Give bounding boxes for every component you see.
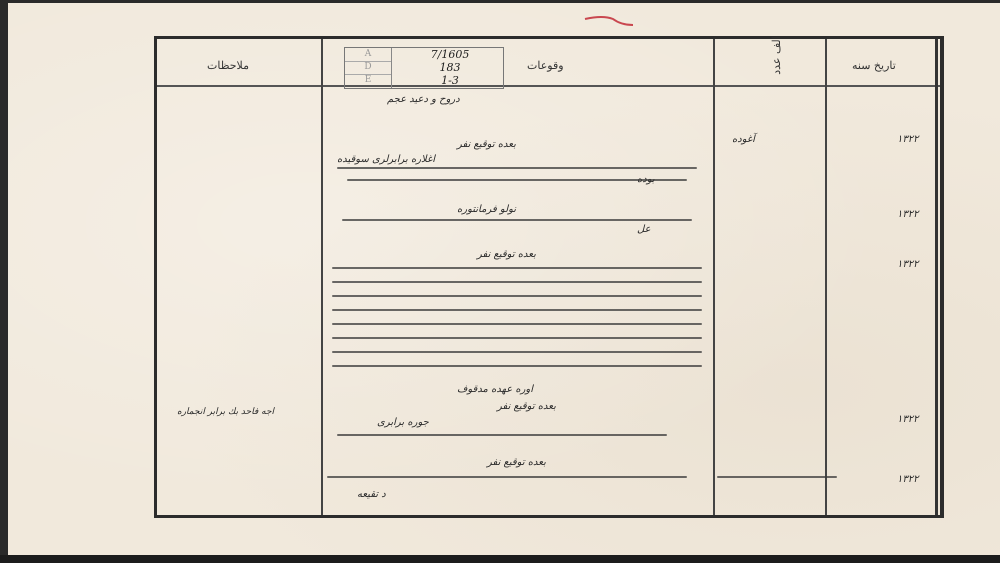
handwriting-stroke (332, 309, 702, 311)
entry-summary-line: دروح و دعید عجم (387, 94, 460, 105)
handwriting-stroke (332, 323, 702, 325)
stamp-value: 183 (405, 61, 495, 74)
entry-summary-line: بعده توقیع نفر (477, 249, 536, 260)
handwriting-stroke (337, 434, 667, 436)
handwriting-stroke (332, 267, 702, 269)
handwriting-stroke (347, 179, 687, 181)
entry-summary-line: اوره عهده مدقوف (457, 384, 533, 395)
handwriting-stroke (337, 167, 697, 169)
header-date: تاریخ سنه (852, 59, 896, 72)
entry-date: ۱۳۲۲ (897, 209, 918, 220)
stamp-value: 1-3 (405, 74, 495, 87)
archive-stamp: A D E 7/1605 183 1-3 (344, 47, 504, 89)
stamp-label: E (345, 74, 391, 87)
header-summary: وقوعات (527, 59, 564, 72)
handwriting-stroke (717, 476, 837, 478)
entry-summary-line: عل (637, 224, 651, 235)
header-reference: الف عدد (770, 36, 783, 75)
handwriting-stroke (332, 365, 702, 367)
entry-date: ۱۳۲۲ (897, 259, 918, 270)
entry-summary-line: بعده توقیع نفر (457, 139, 516, 150)
entry-remarks: اجه فاحد بك برابر انجماره (177, 407, 274, 417)
handwriting-stroke (332, 295, 702, 297)
entry-summary-line: جوره برابری (377, 417, 429, 428)
stamp-label-column: A D E (345, 48, 392, 88)
entry-summary-line: نولو فرمانتوره (457, 204, 516, 215)
entry-date: ۱۳۲۲ (897, 474, 918, 485)
column-divider (825, 39, 827, 515)
handwriting-stroke (327, 476, 687, 478)
entry-reference: آغوده (732, 134, 755, 145)
ledger-table: ملاحظات وقوعات الف عدد تاریخ سنه A D E 7… (154, 36, 944, 518)
column-divider (321, 39, 323, 515)
red-pencil-mark (583, 13, 643, 33)
stamp-label: D (345, 61, 391, 75)
handwriting-stroke (332, 337, 702, 339)
header-divider (157, 85, 940, 87)
entry-summary-line: بعده توقیع نفر (487, 457, 546, 468)
stamp-label: A (345, 48, 391, 62)
entry-date: ۱۳۲۲ (897, 134, 918, 145)
stamp-value: 7/1605 (405, 48, 495, 61)
entry-summary-line: د تقیعه (357, 489, 386, 500)
column-divider (935, 39, 938, 515)
handwriting-stroke (342, 219, 692, 221)
header-remarks: ملاحظات (207, 59, 249, 72)
handwriting-stroke (332, 351, 702, 353)
entry-summary-line: اغلاره برابرلری سوقیده (337, 154, 435, 165)
entry-summary-line: بعده توقیع نفر (497, 401, 556, 412)
entry-date: ۱۳۲۲ (897, 414, 918, 425)
scanned-document-page: ملاحظات وقوعات الف عدد تاریخ سنه A D E 7… (8, 3, 1000, 555)
scan-border (0, 555, 1000, 563)
handwriting-stroke (332, 281, 702, 283)
column-divider (713, 39, 715, 515)
